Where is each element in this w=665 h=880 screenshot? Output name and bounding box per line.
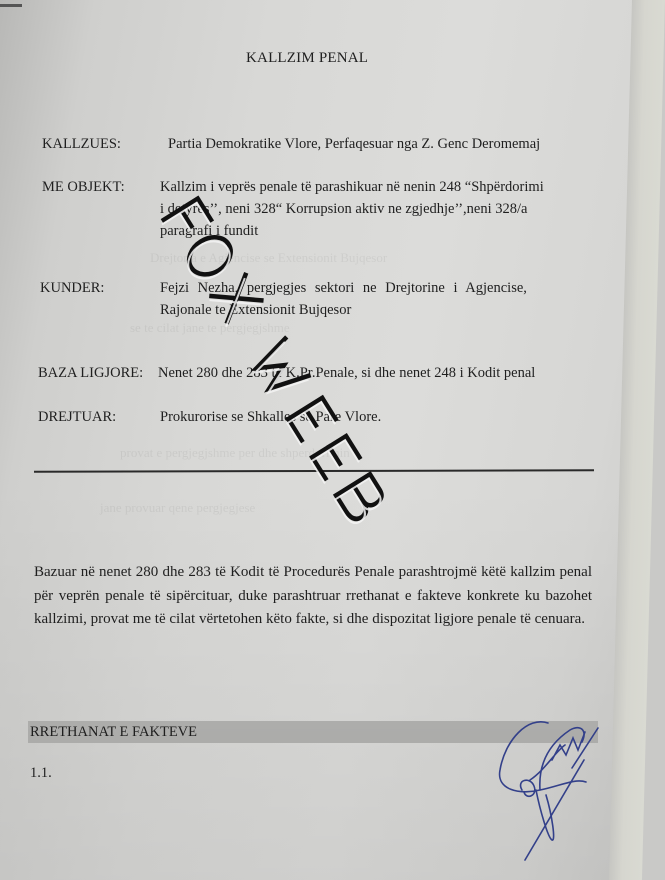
field-value: Prokurorise se Shkalles se Pare Vlore. [160,406,381,428]
field-value-line-2: i detyrës’’, neni 328“ Korrupsion aktiv … [160,198,527,220]
field-value-line-2: Rajonale te Extensionit Bujqesor [160,299,351,321]
intro-paragraph: Bazuar në nenet 280 dhe 283 të Kodit të … [34,561,592,632]
field-value: Partia Demokratike Vlore, Perfaqesuar ng… [168,133,540,155]
field-value-line-1: Fejzi Nezha, pergjegjes sektori ne Drejt… [160,277,527,299]
field-label: ME OBJEKT: [42,176,125,198]
field-value-line-3: paragrafi i fundit [160,220,258,242]
document-page: Drejtoria e Agjencise se Extensionit Buj… [0,0,640,880]
field-label: BAZA LIGJORE: [38,362,143,384]
field-label: KALLZUES: [42,133,121,155]
field-me-objekt: ME OBJEKT: Kallzim i veprës penale të pa… [42,176,602,246]
field-kunder: KUNDER: Fejzi Nezha, pergjegjes sektori … [40,277,600,323]
horizontal-rule [34,469,594,472]
document-title: KALLZIM PENAL [246,50,368,67]
field-label: KUNDER: [40,277,104,299]
field-value-line-1: Kallzim i veprës penale të parashikuar n… [160,176,544,198]
section-number: 1.1. [30,765,52,782]
field-label: DREJTUAR: [38,406,116,428]
field-value: Nenet 280 dhe 283 te K.Pr.Penale, si dhe… [158,362,535,384]
page-edge-mark [0,4,22,7]
section-heading: RRETHANAT E FAKTEVE [30,722,197,742]
